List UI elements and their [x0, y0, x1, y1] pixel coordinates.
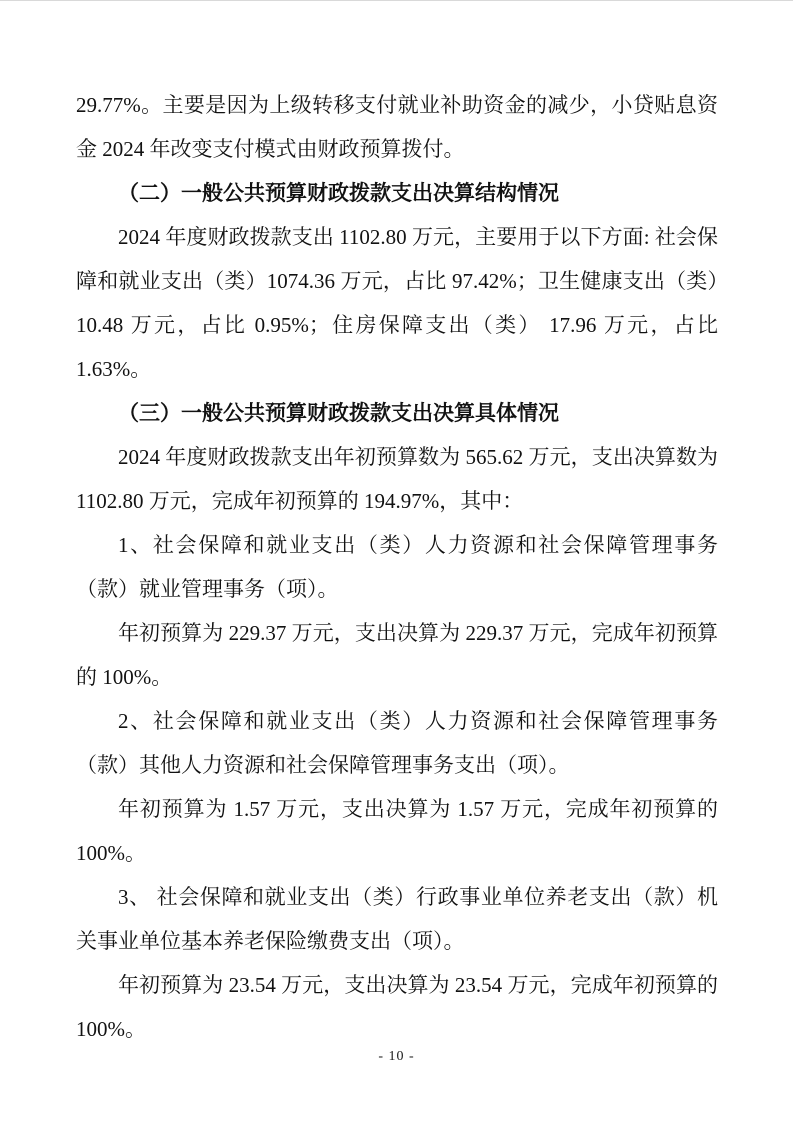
page-top-border [0, 0, 793, 1]
page-footer: - 10 - [0, 1048, 793, 1066]
paragraph: 3、 社会保障和就业支出（类）行政事业单位养老支出（款）机关事业单位基本养老保险… [76, 875, 718, 963]
paragraph: 29.77%。主要是因为上级转移支付就业补助资金的减少，小贷贴息资金 2024 … [76, 83, 718, 171]
paragraph: 年初预算为 23.54 万元，支出决算为 23.54 万元，完成年初预算的 10… [76, 963, 718, 1051]
page-number: - 10 - [378, 1049, 414, 1064]
paragraph: 年初预算为 1.57 万元，支出决算为 1.57 万元，完成年初预算的 100%… [76, 787, 718, 875]
document-body: 29.77%。主要是因为上级转移支付就业补助资金的减少，小贷贴息资金 2024 … [0, 0, 793, 1051]
paragraph: 1、社会保障和就业支出（类）人力资源和社会保障管理事务（款）就业管理事务（项）。 [76, 523, 718, 611]
paragraph: 2024 年度财政拨款支出年初预算数为 565.62 万元，支出决算数为 110… [76, 435, 718, 523]
paragraph: 年初预算为 229.37 万元，支出决算为 229.37 万元，完成年初预算的 … [76, 611, 718, 699]
paragraph: 2024 年度财政拨款支出 1102.80 万元，主要用于以下方面: 社会保障和… [76, 215, 718, 391]
document-page: 29.77%。主要是因为上级转移支付就业补助资金的减少，小贷贴息资金 2024 … [0, 0, 793, 1122]
paragraph: 2、社会保障和就业支出（类）人力资源和社会保障管理事务（款）其他人力资源和社会保… [76, 699, 718, 787]
section-heading: （二）一般公共预算财政拨款支出决算结构情况 [76, 171, 718, 215]
section-heading: （三）一般公共预算财政拨款支出决算具体情况 [76, 391, 718, 435]
